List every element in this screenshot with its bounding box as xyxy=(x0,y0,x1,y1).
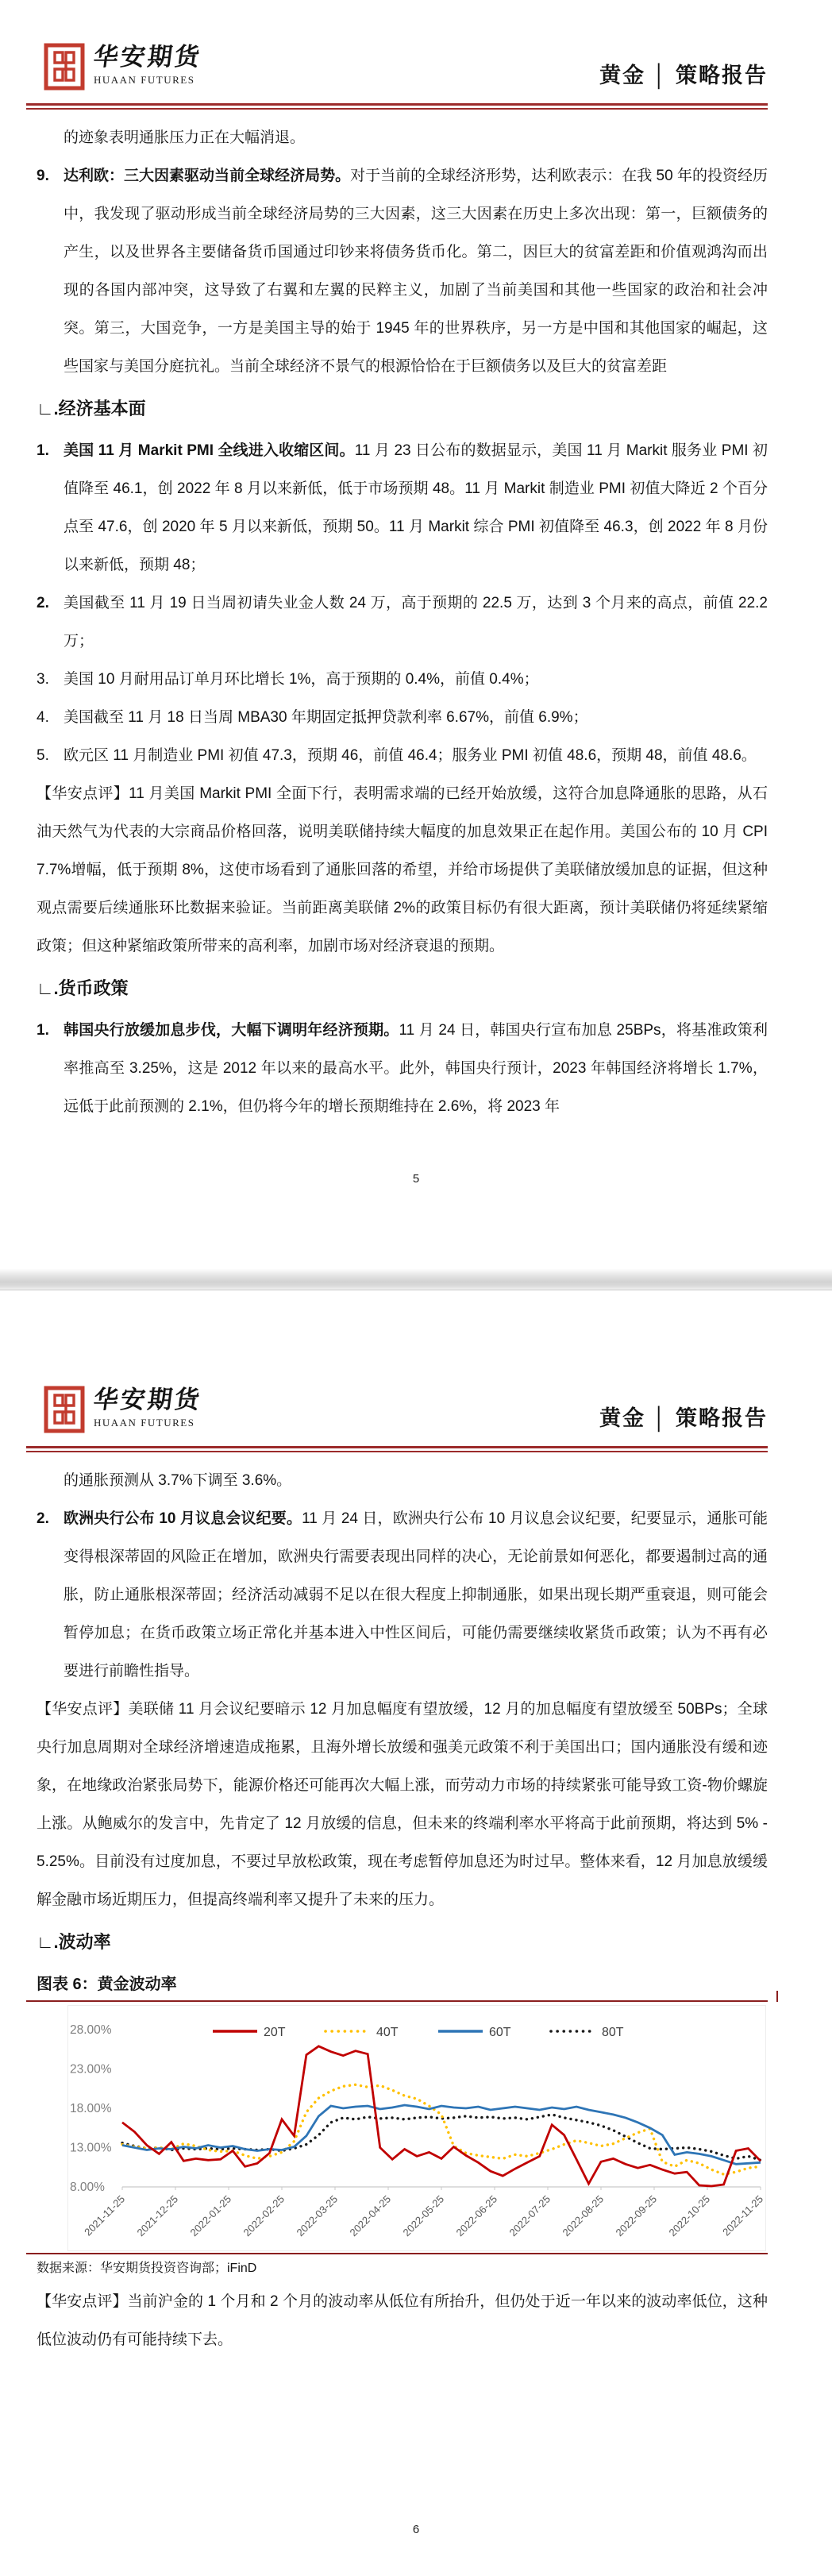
header-double-rule xyxy=(26,1446,768,1452)
x-axis-tick-label: 2022-01-25 xyxy=(187,2193,233,2239)
list-number: 2. xyxy=(37,584,49,623)
page-header: 华安期货 HUAAN FUTURES 黄金 │ 策略报告 xyxy=(0,1290,832,1452)
brand-block: 华安期货 HUAAN FUTURES xyxy=(44,43,202,91)
list-number: 1. xyxy=(37,1012,49,1050)
list-item-lead: 韩国央行放缓加息步伐，大幅下调明年经济预期。 xyxy=(64,1022,399,1039)
x-axis-tick-label: 2022-02-25 xyxy=(241,2193,287,2239)
list-number: 1. xyxy=(37,432,49,470)
list-item-9: 9. 达利欧：三大因素驱动当前全球经济局势。对于当前的全球经济形势，达利欧表示：… xyxy=(37,157,768,386)
huaan-comment-fed: 【华安点评】美联储 11 月会议纪要暗示 12 月加息幅度有望放缓，12 月的加… xyxy=(37,1691,768,1919)
figure-title: 图表 6：黄金波动率 xyxy=(37,1969,768,2000)
series-40T-line xyxy=(122,2084,761,2174)
list-item-econ-1: 1. 美国 11 月 Markit PMI 全线进入收缩区间。11 月 23 日… xyxy=(37,432,768,584)
list-item-ecb: 2. 欧洲央行公布 10 月议息会议纪要。11 月 24 日，欧洲央行公布 10… xyxy=(37,1500,768,1691)
x-axis-tick-label: 2022-10-25 xyxy=(666,2193,712,2239)
volatility-chart-svg: 28.00%23.00%18.00%13.00%8.00%2021-11-252… xyxy=(68,2006,765,2250)
list-number: 9. xyxy=(37,157,49,195)
figure-rule-right-tick xyxy=(776,1991,778,2002)
x-axis-tick-label: 2022-11-25 xyxy=(720,2193,765,2239)
x-axis-tick-label: 2021-12-25 xyxy=(134,2193,180,2239)
figure-gold-volatility: 图表 6：黄金波动率 28.00%23.00%18.00%13.00%8.00%… xyxy=(37,1969,768,2283)
page-2-content: 的通胀预测从 3.7%下调至 3.6%。 2. 欧洲央行公布 10 月议息会议纪… xyxy=(37,1462,768,2359)
x-axis-tick-label: 2022-06-25 xyxy=(453,2193,499,2239)
list-item-text: 对于当前的全球经济形势，达利欧表示：在我 50 年的投资经历中，我发现了驱动形成… xyxy=(64,168,768,375)
series-60T-line xyxy=(122,2105,761,2164)
y-axis-tick-label: 23.00% xyxy=(70,2063,112,2077)
page-header: 华安期货 HUAAN FUTURES 黄金 │ 策略报告 xyxy=(0,0,832,110)
document-title: 黄金 │ 策略报告 xyxy=(599,1401,768,1433)
section-heading-volatility: ∟.波动率 xyxy=(37,1919,768,1965)
brand-block: 华安期货 HUAAN FUTURES xyxy=(44,1386,202,1433)
y-axis-tick-label: 28.00% xyxy=(70,2023,112,2037)
brand-name-cn: 华安期货 xyxy=(92,43,203,71)
legend-60T-label: 60T xyxy=(489,2026,511,2039)
brand-name-cn: 华安期货 xyxy=(92,1386,203,1414)
legend-80T-label: 80T xyxy=(602,2026,624,2039)
list-item-econ-2: 2. 美国截至 11 月 19 日当周初请失业金人数 24 万，高于预期的 22… xyxy=(37,584,768,661)
x-axis-tick-label: 2022-09-25 xyxy=(613,2193,659,2239)
list-number: 4. xyxy=(37,699,49,737)
page-number: 6 xyxy=(0,2523,832,2536)
x-axis-tick-label: 2022-04-25 xyxy=(347,2193,393,2239)
list-number: 2. xyxy=(37,1500,49,1538)
page-1-content: 的迹象表明通胀压力正在大幅消退。 9. 达利欧：三大因素驱动当前全球经济局势。对… xyxy=(37,119,768,1126)
x-axis-tick-label: 2022-05-25 xyxy=(400,2193,446,2239)
section-heading-economy: ∟.经济基本面 xyxy=(37,386,768,432)
gold-volatility-chart: 28.00%23.00%18.00%13.00%8.00%2021-11-252… xyxy=(67,2005,766,2251)
list-item-lead: 达利欧：三大因素驱动当前全球经济局势。 xyxy=(64,168,350,184)
list-item-text: 美国 10 月耐用品订单月环比增长 1%，高于预期的 0.4%，前值 0.4%； xyxy=(64,671,539,688)
list-item-text: 美国截至 11 月 19 日当周初请失业金人数 24 万，高于预期的 22.5 … xyxy=(64,595,768,650)
legend-40T-label: 40T xyxy=(376,2026,399,2039)
list-number: 3. xyxy=(37,661,49,699)
brand-name-en: HUAAN FUTURES xyxy=(94,1417,202,1429)
list-item-text: 11 月 23 日公布的数据显示，美国 11 月 Markit 服务业 PMI … xyxy=(64,442,768,573)
document-title: 黄金 │ 策略报告 xyxy=(599,58,768,91)
report-page-6: 华安期货 HUAAN FUTURES 黄金 │ 策略报告 的通胀预测从 3.7%… xyxy=(0,1290,832,2576)
list-item-korea-cb: 1. 韩国央行放缓加息步伐，大幅下调明年经济预期。11 月 24 日，韩国央行宣… xyxy=(37,1012,768,1126)
list-item-text: 美国截至 11 月 18 日当周 MBA30 年期固定抵押贷款利率 6.67%，… xyxy=(64,709,588,726)
y-axis-tick-label: 18.00% xyxy=(70,2102,112,2115)
legend-20T-label: 20T xyxy=(264,2026,286,2039)
list-item-text: 欧元区 11 月制造业 PMI 初值 47.3，预期 46，前值 46.4；服务… xyxy=(64,747,757,764)
y-axis-tick-label: 8.00% xyxy=(70,2181,105,2194)
list-item-lead: 欧洲央行公布 10 月议息会议纪要。 xyxy=(64,1510,302,1527)
data-source-note: 数据来源：华安期货投资咨询部；iFinD xyxy=(37,2254,768,2283)
list-item-lead: 美国 11 月 Markit PMI 全线进入收缩区间。 xyxy=(64,442,355,459)
list-item-econ-4: 4. 美国截至 11 月 18 日当周 MBA30 年期固定抵押贷款利率 6.6… xyxy=(37,699,768,737)
y-axis-tick-label: 13.00% xyxy=(70,2142,112,2155)
report-page-5: 华安期货 HUAAN FUTURES 黄金 │ 策略报告 的迹象表明通胀压力正在… xyxy=(0,0,832,1269)
brand-name-en: HUAAN FUTURES xyxy=(94,74,202,87)
continuation-paragraph: 的迹象表明通胀压力正在大幅消退。 xyxy=(37,119,768,157)
header-double-rule xyxy=(26,103,768,110)
list-item-text: 11 月 24 日，欧洲央行公布 10 月议息会议纪要，纪要显示，通胀可能变得根… xyxy=(64,1510,768,1679)
list-item-econ-5: 5. 欧元区 11 月制造业 PMI 初值 47.3，预期 46，前值 46.4… xyxy=(37,737,768,775)
x-axis-tick-label: 2022-08-25 xyxy=(560,2193,606,2239)
figure-top-rule xyxy=(26,2000,768,2002)
x-axis-tick-label: 2022-03-25 xyxy=(294,2193,340,2239)
page-number: 5 xyxy=(0,1172,832,1186)
list-item-econ-3: 3. 美国 10 月耐用品订单月环比增长 1%，高于预期的 0.4%，前值 0.… xyxy=(37,661,768,699)
huaan-comment-economy: 【华安点评】11 月美国 Markit PMI 全面下行，表明需求端的已经开始放… xyxy=(37,775,768,966)
x-axis-tick-label: 2022-07-25 xyxy=(507,2193,553,2239)
continuation-paragraph: 的通胀预测从 3.7%下调至 3.6%。 xyxy=(37,1462,768,1500)
x-axis-tick-label: 2021-11-25 xyxy=(82,2193,127,2239)
section-heading-monetary-policy: ∟.货币政策 xyxy=(37,966,768,1012)
page-divider xyxy=(0,1269,832,1290)
list-number: 5. xyxy=(37,737,49,775)
huaan-logo-seal-icon xyxy=(44,1386,85,1433)
huaan-logo-seal-icon xyxy=(44,43,85,91)
huaan-comment-volatility: 【华安点评】当前沪金的 1 个月和 2 个月的波动率从低位有所抬升，但仍处于近一… xyxy=(37,2283,768,2359)
